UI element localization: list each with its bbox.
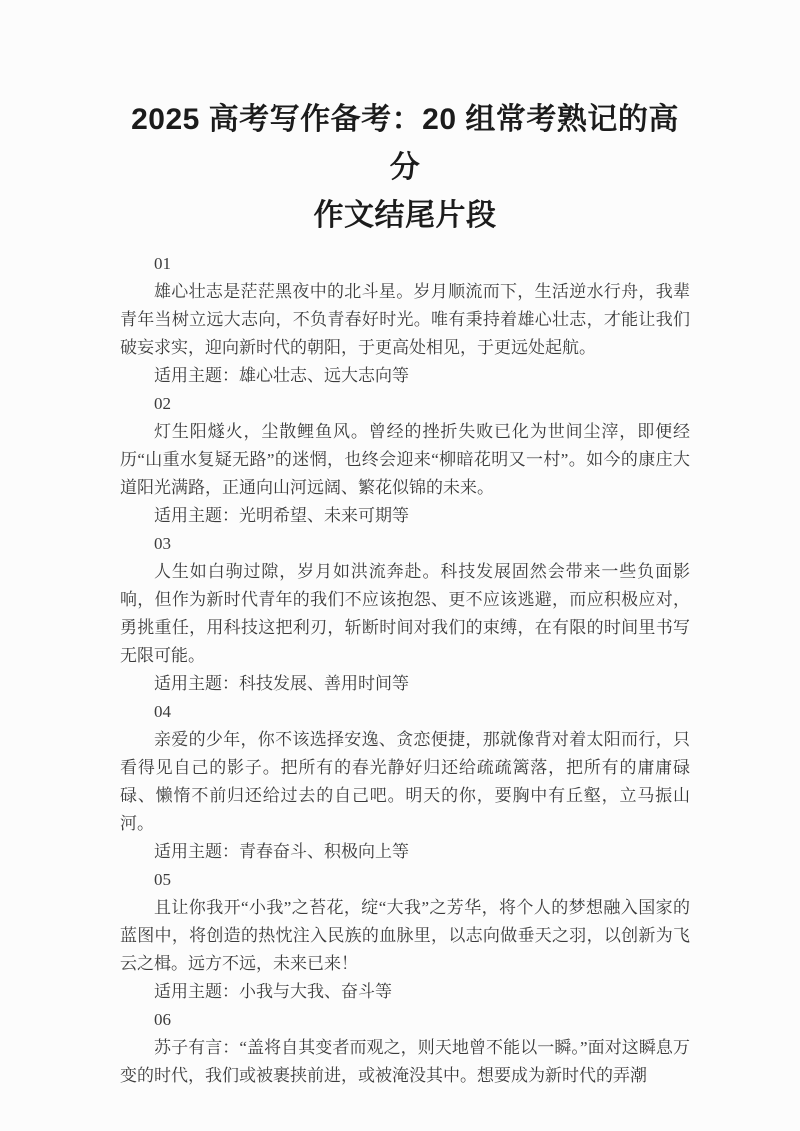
section-topics: 适用主题：青春奋斗、积极向上等 xyxy=(120,838,690,866)
document-body: 01 雄心壮志是茫茫黑夜中的北斗星。岁月顺流而下，生活逆水行舟，我辈青年当树立远… xyxy=(120,250,690,1090)
document-title: 2025 高考写作备考：20 组常考熟记的高分 作文结尾片段 xyxy=(120,96,690,240)
title-line-2: 作文结尾片段 xyxy=(120,192,690,240)
essay-section-04: 04 亲爱的少年，你不该选择安逸、贪恋便捷，那就像背对着太阳而行，只看得见自己的… xyxy=(120,698,690,866)
section-paragraph: 人生如白驹过隙，岁月如洪流奔赴。科技发展固然会带来一些负面影响，但作为新时代青年… xyxy=(120,558,690,670)
essay-section-06: 06 苏子有言：“盖将自其变者而观之，则天地曾不能以一瞬。”面对这瞬息万变的时代… xyxy=(120,1006,690,1090)
section-topics: 适用主题：科技发展、善用时间等 xyxy=(120,670,690,698)
title-line-1: 2025 高考写作备考：20 组常考熟记的高分 xyxy=(120,96,690,192)
section-number: 04 xyxy=(120,698,690,726)
section-number: 05 xyxy=(120,866,690,894)
document-page: 2025 高考写作备考：20 组常考熟记的高分 作文结尾片段 01 雄心壮志是茫… xyxy=(0,0,800,1131)
section-paragraph: 亲爱的少年，你不该选择安逸、贪恋便捷，那就像背对着太阳而行，只看得见自己的影子。… xyxy=(120,726,690,838)
section-topics: 适用主题：小我与大我、奋斗等 xyxy=(120,978,690,1006)
section-number: 03 xyxy=(120,530,690,558)
section-paragraph: 灯生阳燧火，尘散鲤鱼风。曾经的挫折失败已化为世间尘滓，即便经历“山重水复疑无路”… xyxy=(120,418,690,502)
essay-section-05: 05 且让你我开“小我”之苔花，绽“大我”之芳华，将个人的梦想融入国家的蓝图中，… xyxy=(120,866,690,1006)
section-paragraph: 且让你我开“小我”之苔花，绽“大我”之芳华，将个人的梦想融入国家的蓝图中，将创造… xyxy=(120,894,690,978)
section-topics: 适用主题：光明希望、未来可期等 xyxy=(120,502,690,530)
section-number: 06 xyxy=(120,1006,690,1034)
essay-section-02: 02 灯生阳燧火，尘散鲤鱼风。曾经的挫折失败已化为世间尘滓，即便经历“山重水复疑… xyxy=(120,390,690,530)
section-paragraph: 雄心壮志是茫茫黑夜中的北斗星。岁月顺流而下，生活逆水行舟，我辈青年当树立远大志向… xyxy=(120,278,690,362)
essay-section-01: 01 雄心壮志是茫茫黑夜中的北斗星。岁月顺流而下，生活逆水行舟，我辈青年当树立远… xyxy=(120,250,690,390)
section-number: 02 xyxy=(120,390,690,418)
section-topics: 适用主题：雄心壮志、远大志向等 xyxy=(120,362,690,390)
essay-section-03: 03 人生如白驹过隙，岁月如洪流奔赴。科技发展固然会带来一些负面影响，但作为新时… xyxy=(120,530,690,698)
section-paragraph: 苏子有言：“盖将自其变者而观之，则天地曾不能以一瞬。”面对这瞬息万变的时代，我们… xyxy=(120,1034,690,1090)
section-number: 01 xyxy=(120,250,690,278)
